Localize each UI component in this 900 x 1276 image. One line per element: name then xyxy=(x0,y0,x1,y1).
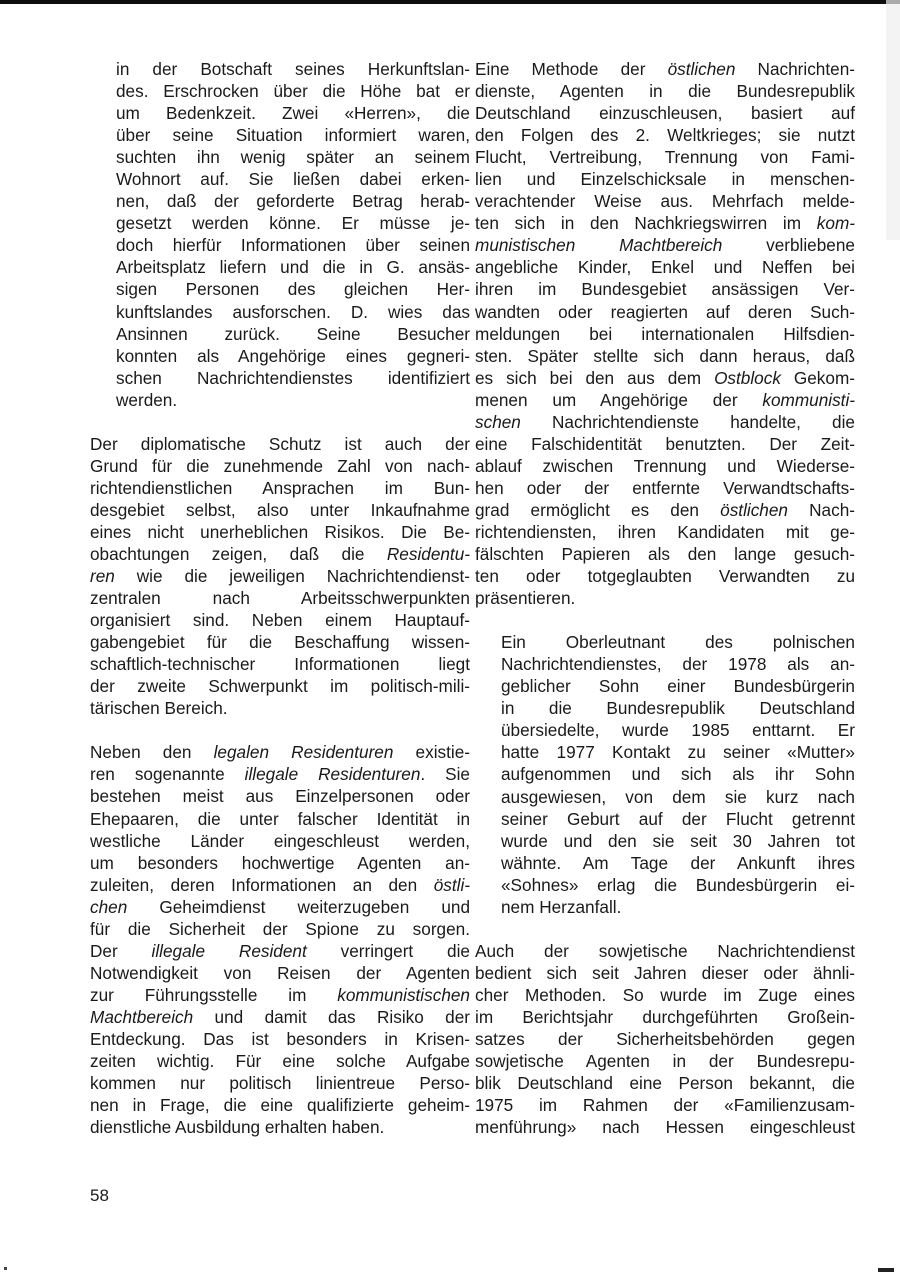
text-line: chen Geheimdienst weiterzugeben und xyxy=(90,896,470,918)
text-line: ren sogenannte illegale Residenturen. Si… xyxy=(90,763,470,785)
text-line: bedient sich seit Jahren dieser oder ähn… xyxy=(475,962,855,984)
text-line: hen oder der entfernte Verwandtschafts- xyxy=(475,477,855,499)
text-line: zentralen nach Arbeitsschwerpunkten xyxy=(90,587,470,609)
text-line: ten sich in den Nachkriegswirren im kom- xyxy=(475,212,855,234)
text-line: ablauf zwischen Trennung und Wiederse- xyxy=(475,455,855,477)
text-line: nen in Frage, die eine qualifizierte geh… xyxy=(90,1094,470,1116)
text-line: «Sohnes» erlag die Bundesbürgerin ei- xyxy=(501,874,855,896)
text-line: wandten oder reagierten auf deren Such- xyxy=(475,301,855,323)
text-line: satzes der Sicherheitsbehörden gegen xyxy=(475,1028,855,1050)
text-line: verachtender Weise aus. Mehrfach melde- xyxy=(475,190,855,212)
text-line: in der Botschaft seines Herkunftslan- xyxy=(116,58,470,80)
text-line: zur Führungsstelle im kommunistischen xyxy=(90,984,470,1006)
text-line: angebliche Kinder, Enkel und Neffen bei xyxy=(475,256,855,278)
text-line: obachtungen zeigen, daß die Residentu- xyxy=(90,543,470,565)
text-line: werden. xyxy=(116,389,470,411)
text-line: munistischen Machtbereich verbliebene xyxy=(475,234,855,256)
text-line: ten oder totgeglaubten Verwandten zu xyxy=(475,565,855,587)
text-line: ren wie die jeweiligen Nachrichtendienst… xyxy=(90,565,470,587)
paragraph-case-continuation: in der Botschaft seines Herkunftslan-des… xyxy=(90,58,470,411)
text-line: den Folgen des 2. Weltkrieges; sie nutzt xyxy=(475,124,855,146)
text-line: eine Falschidentität benutzten. Der Zeit… xyxy=(475,433,855,455)
text-line: doch hierfür Informationen über seinen xyxy=(116,234,470,256)
text-line: richtendiensten, ihren Kandidaten mit ge… xyxy=(475,521,855,543)
text-line: richtendienstlichen Ansprachen im Bun- xyxy=(90,477,470,499)
text-line: Machtbereich und damit das Risiko der xyxy=(90,1006,470,1028)
text-line: fälschten Papieren als den lange gesuch- xyxy=(475,543,855,565)
text-line: Der illegale Resident verringert die xyxy=(90,940,470,962)
text-line: schen Nachrichtendienste handelte, die xyxy=(475,411,855,433)
text-line: präsentieren. xyxy=(475,587,855,609)
text-line: Ehepaaren, die unter falscher Identität … xyxy=(90,808,470,830)
text-line: gabengebiet für die Beschaffung wissen- xyxy=(90,631,470,653)
text-line: Der diplomatische Schutz ist auch der xyxy=(90,433,470,455)
left-column: in der Botschaft seines Herkunftslan-des… xyxy=(90,58,470,1160)
text-line: bestehen meist aus Einzelpersonen oder xyxy=(90,785,470,807)
text-line: meldungen bei internationalen Hilfsdien- xyxy=(475,323,855,345)
text-line: Flucht, Vertreibung, Trennung von Fami- xyxy=(475,146,855,168)
text-line: wurde und den sie seit 30 Jahren tot xyxy=(501,830,855,852)
text-line: sowjetische Agenten in der Bundesrepu- xyxy=(475,1050,855,1072)
text-line: nem Herzanfall. xyxy=(501,896,855,918)
text-line: grad ermöglicht es den östlichen Nach- xyxy=(475,499,855,521)
paragraph-eastern-method: Eine Methode der östlichen Nachrichten-d… xyxy=(475,58,855,609)
text-line: Ein Oberleutnant des polnischen xyxy=(501,631,855,653)
text-line: sigen Personen des gleichen Her- xyxy=(116,278,470,300)
text-line: tärischen Bereich. xyxy=(90,697,470,719)
text-line: für die Sicherheit der Spione zu sorgen. xyxy=(90,918,470,940)
text-line: schen Nachrichtendienstes identifiziert xyxy=(116,367,470,389)
text-line: Eine Methode der östlichen Nachrichten- xyxy=(475,58,855,80)
text-line: im Berichtsjahr durchgeführten Großein- xyxy=(475,1006,855,1028)
text-line: Wohnort auf. Sie ließen dabei erken- xyxy=(116,168,470,190)
text-line: desgebiet selbst, also unter Inkaufnahme xyxy=(90,499,470,521)
text-line: zuleiten, deren Informationen an den öst… xyxy=(90,874,470,896)
text-line: aufgenommen und sich als ihr Sohn xyxy=(501,763,855,785)
text-line: zeiten wichtig. Für eine solche Aufgabe xyxy=(90,1050,470,1072)
scan-corner-mark xyxy=(878,1268,894,1272)
text-line: blik Deutschland eine Person bekannt, di… xyxy=(475,1072,855,1094)
text-line: sten. Später stellte sich dann heraus, d… xyxy=(475,345,855,367)
text-line: dienste, Agenten in die Bundesrepublik xyxy=(475,80,855,102)
scan-dot-artifact xyxy=(4,1267,7,1270)
text-line: wähnte. Am Tage der Ankunft ihres xyxy=(501,852,855,874)
paragraph-polish-case: Ein Oberleutnant des polnischenNachricht… xyxy=(475,631,855,918)
text-line: ausgewiesen, von dem sie kurz nach xyxy=(501,786,855,808)
text-line: des. Erschrocken über die Höhe bat er xyxy=(116,80,470,102)
text-line: übersiedelte, wurde 1985 enttarnt. Er xyxy=(501,719,855,741)
text-line: Notwendigkeit von Reisen der Agenten xyxy=(90,962,470,984)
text-line: über seine Situation informiert waren, xyxy=(116,124,470,146)
text-line: um Bedenkzeit. Zwei «Herren», die xyxy=(116,102,470,124)
text-line: in die Bundesrepublik Deutschland xyxy=(501,697,855,719)
text-line: lien und Einzelschicksale in menschen- xyxy=(475,168,855,190)
scan-edge-artifact xyxy=(886,0,900,240)
text-line: Auch der sowjetische Nachrichtendienst xyxy=(475,940,855,962)
text-line: 1975 im Rahmen der «Familienzusam- xyxy=(475,1094,855,1116)
text-line: menen um Angehörige der kommunisti- xyxy=(475,389,855,411)
text-line: Deutschland einzuschleusen, basiert auf xyxy=(475,102,855,124)
text-line: um besonders hochwertige Agenten an- xyxy=(90,852,470,874)
text-line: schaftlich-technischer Informationen lie… xyxy=(90,653,470,675)
text-line: seiner Geburt auf der Flucht getrennt xyxy=(501,808,855,830)
text-line: Entdeckung. Das ist besonders in Krisen- xyxy=(90,1028,470,1050)
text-line: eines nicht unerheblichen Risikos. Die B… xyxy=(90,521,470,543)
text-line: organisiert sind. Neben einem Hauptauf- xyxy=(90,609,470,631)
text-line: Grund für die zunehmende Zahl von nach- xyxy=(90,455,470,477)
page-number: 58 xyxy=(90,1186,109,1206)
right-column: Eine Methode der östlichen Nachrichten-d… xyxy=(475,58,855,1160)
text-line: kunftslandes ausforschen. D. wies das xyxy=(116,301,470,323)
text-line: gesetzt werden könne. Er müsse je- xyxy=(116,212,470,234)
paragraph-soviet-service: Auch der sowjetische Nachrichtendienstbe… xyxy=(475,940,855,1138)
text-line: Neben den legalen Residenturen existie- xyxy=(90,741,470,763)
text-line: hatte 1977 Kontakt zu seiner «Mutter» xyxy=(501,741,855,763)
scan-top-border xyxy=(0,0,900,4)
text-line: suchten ihn wenig später an seinem xyxy=(116,146,470,168)
text-line: cher Methoden. So wurde im Zuge eines xyxy=(475,984,855,1006)
text-line: nen, daß der geforderte Betrag herab- xyxy=(116,190,470,212)
text-line: kommen nur politisch linientreue Perso- xyxy=(90,1072,470,1094)
text-line: der zweite Schwerpunkt im politisch-mili… xyxy=(90,675,470,697)
text-line: Arbeitsplatz liefern und die in G. ansäs… xyxy=(116,256,470,278)
text-line: ihren im Bundesgebiet ansässigen Ver- xyxy=(475,278,855,300)
paragraph-illegal-residencies: Neben den legalen Residenturen existie-r… xyxy=(90,741,470,1138)
text-line: westliche Länder eingeschleust werden, xyxy=(90,830,470,852)
text-line: es sich bei den aus dem Ostblock Gekom- xyxy=(475,367,855,389)
text-line: Nachrichtendienstes, der 1978 als an- xyxy=(501,653,855,675)
text-line: konnten als Angehörige eines gegneri- xyxy=(116,345,470,367)
text-line: menführung» nach Hessen eingeschleust xyxy=(475,1116,855,1138)
text-line: Ansinnen zurück. Seine Besucher xyxy=(116,323,470,345)
paragraph-diplomatic-protection: Der diplomatische Schutz ist auch derGru… xyxy=(90,433,470,720)
text-line: geblicher Sohn einer Bundesbürgerin xyxy=(501,675,855,697)
text-line: dienstliche Ausbildung erhalten haben. xyxy=(90,1116,470,1138)
